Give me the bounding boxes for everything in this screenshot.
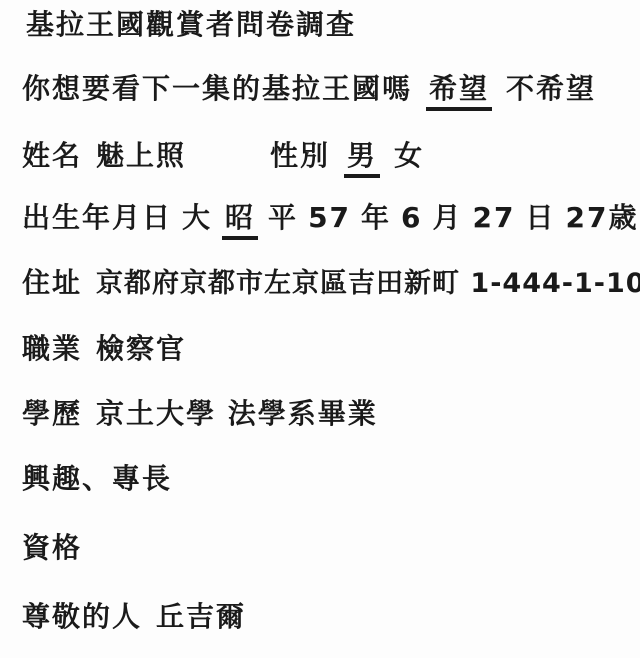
birthdate-row: 出生年月日 大 昭 平 57 年 6 月 27 日 27歳 (22, 201, 640, 240)
birthdate-label: 出生年月日 (22, 201, 172, 235)
era-showa-selected: 昭 (222, 201, 258, 240)
respected-person-label: 尊敬的人 (22, 600, 142, 634)
era-heisei: 平 (268, 201, 298, 235)
choice-hope-selected: 希望 (426, 72, 492, 111)
gender-male-selected: 男 (344, 139, 380, 178)
gender-label: 性別 (270, 139, 330, 173)
occupation-value: 檢察官 (96, 332, 186, 366)
question-prompt: 你想要看下一集的基拉王國嗎 (22, 72, 412, 106)
address-row: 住址 京都府京都市左京區吉田新町 1-444-1-101 (22, 266, 640, 301)
qualifications-row: 資格 (22, 531, 640, 565)
address-value: 京都府京都市左京區吉田新町 1-444-1-101 (96, 267, 640, 301)
name-value: 魅上照 (96, 139, 186, 173)
interests-label: 興趣、專長 (22, 462, 172, 496)
education-row: 學歷 京土大學 法學系畢業 (22, 397, 640, 431)
choice-no-hope: 不希望 (506, 72, 596, 106)
questionnaire-document: 基拉王國觀賞者問卷調查 你想要看下一集的基拉王國嗎 希望 不希望 姓名 魅上照 … (0, 0, 640, 658)
birth-month: 6 (401, 201, 422, 235)
respected-person-row: 尊敬的人 丘吉爾 (22, 600, 640, 634)
name-label: 姓名 (22, 139, 82, 173)
education-label: 學歷 (22, 397, 82, 431)
respected-person-value: 丘吉爾 (156, 600, 246, 634)
occupation-label: 職業 (22, 332, 82, 366)
next-episode-question-row: 你想要看下一集的基拉王國嗎 希望 不希望 (22, 72, 640, 111)
qualifications-label: 資格 (22, 531, 82, 565)
interests-row: 興趣、專長 (22, 462, 640, 496)
address-label: 住址 (22, 266, 82, 300)
birth-day: 27 (473, 201, 516, 235)
name-gender-row: 姓名 魅上照 性別 男 女 (22, 139, 640, 178)
day-unit: 日 (526, 201, 556, 235)
birth-year: 57 (308, 201, 351, 235)
month-unit: 月 (433, 201, 463, 235)
year-unit: 年 (361, 201, 391, 235)
era-taisho: 大 (182, 201, 212, 235)
form-title: 基拉王國觀賞者問卷調查 (26, 8, 356, 42)
age-value: 27歳 (566, 201, 639, 235)
occupation-row: 職業 檢察官 (22, 332, 640, 366)
education-value: 京土大學 法學系畢業 (96, 397, 378, 431)
gender-female: 女 (394, 139, 424, 173)
form-title-row: 基拉王國觀賞者問卷調查 (26, 8, 640, 42)
